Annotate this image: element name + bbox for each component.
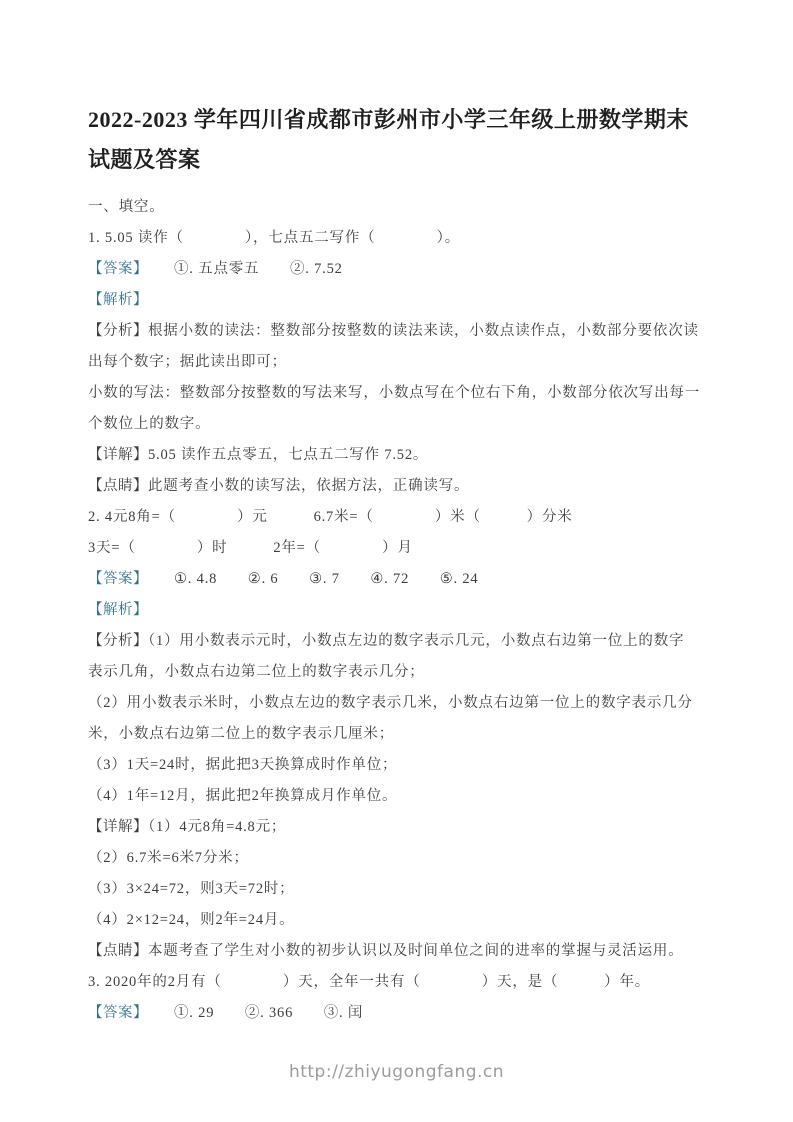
detail-2-line-3: （3）3×24=72，则3天=72时； [88,874,708,905]
line-text: 一、填空。 [88,199,165,215]
bracket-label-dark: 【详解】 [88,819,148,835]
bracket-label-dark: 【分析】 [88,633,148,649]
line-text: ①. 29 ②. 366 ③. 闰 [174,1005,363,1021]
answer-2: 【答案】①. 4.8 ②. 6 ③. 7 ④. 72 ⑤. 24 [88,564,708,595]
document-content: 2022-2023 学年四川省成都市彭州市小学三年级上册数学期末试题及答案 一、… [88,100,708,1029]
detail-1: 【详解】5.05 读作五点零五，七点五二写作 7.52。 [88,440,708,471]
note-2: 【点睛】本题考查了学生对小数的初步认识以及时间单位之间的进率的掌握与灵活运用。 [88,936,708,967]
bracket-label-blue: 【答案】 [88,261,148,277]
line-text: （4）1年=12月，据此把2年换算成月作单位。 [88,788,397,804]
analysis-1-line-3: 小数的写法：整数部分按整数的写法来写，小数点写在个位右下角，小数部分依次写出每一 [88,378,708,409]
line-text: 本题考查了学生对小数的初步认识以及时间单位之间的进率的掌握与灵活运用。 [148,943,684,959]
note-1: 【点睛】此题考查小数的读写法，依据方法，正确读写。 [88,471,708,502]
line-text: 个数位上的数字。 [88,416,210,432]
analysis-2-line-5: （3）1天=24时，据此把3天换算成时作单位； [88,750,708,781]
question-2-line-1: 2. 4元8角=（ ）元 6.7米=（ ）米（ ）分米 [88,502,708,533]
question-3: 3. 2020年的2月有（ ）天，全年一共有（ ）天，是（ ）年。 [88,967,708,998]
line-text: （2）6.7米=6米7分米； [88,850,249,866]
document-body: 一、填空。1. 5.05 读作（ ），七点五二写作（ ）。【答案】①. 五点零五… [88,192,708,1029]
line-text: （4）2×12=24，则2年=24月。 [88,912,294,928]
bracket-label-blue: 【解析】 [88,602,148,618]
bracket-label-blue: 【答案】 [88,571,148,587]
analysis-1-line-2: 出每个数字；据此读出即可； [88,347,708,378]
analysis-2-line-2: 表示几角，小数点右边第二位上的数字表示几分； [88,657,708,688]
analysis-header-1: 【解析】 [88,285,708,316]
answer-3: 【答案】①. 29 ②. 366 ③. 闰 [88,998,708,1029]
analysis-2-line-3: （2）用小数表示米时，小数点左边的数字表示几米，小数点右边第一位上的数字表示几分 [88,688,708,719]
line-text: 1. 5.05 读作（ ），七点五二写作（ ）。 [88,230,460,246]
line-text: （3）1天=24时，据此把3天换算成时作单位； [88,757,397,773]
line-text: 出每个数字；据此读出即可； [88,354,287,370]
line-text: （1）4元8角=4.8元； [148,819,286,835]
line-text: ①. 4.8 ②. 6 ③. 7 ④. 72 ⑤. 24 [174,571,478,587]
analysis-2-line-4: 米，小数点右边第二位上的数字表示几厘米； [88,719,708,750]
line-text: 2. 4元8角=（ ）元 6.7米=（ ）米（ ）分米 [88,509,573,525]
line-text: ①. 五点零五 ②. 7.52 [174,261,343,277]
line-text: （3）3×24=72，则3天=72时； [88,881,294,897]
line-text: 根据小数的读法：整数部分按整数的读法来读，小数点读作点，小数部分要依次读 [148,323,699,339]
analysis-1-line-1: 【分析】根据小数的读法：整数部分按整数的读法来读，小数点读作点，小数部分要依次读 [88,316,708,347]
line-text: （1）用小数表示元时，小数点左边的数字表示几元，小数点右边第一位上的数字 [148,633,684,649]
bracket-label-dark: 【分析】 [88,323,148,339]
analysis-2-line-6: （4）1年=12月，据此把2年换算成月作单位。 [88,781,708,812]
analysis-2-line-1: 【分析】（1）用小数表示元时，小数点左边的数字表示几元，小数点右边第一位上的数字 [88,626,708,657]
section-header: 一、填空。 [88,192,708,223]
line-text: 米，小数点右边第二位上的数字表示几厘米； [88,726,394,742]
line-text: 小数的写法：整数部分按整数的写法来写，小数点写在个位右下角，小数部分依次写出每一 [88,385,700,401]
bracket-label-blue: 【答案】 [88,1005,148,1021]
line-text: 5.05 读作五点零五，七点五二写作 7.52。 [148,447,428,463]
bracket-label-dark: 【点睛】 [88,478,148,494]
line-text: （2）用小数表示米时，小数点左边的数字表示几米，小数点右边第一位上的数字表示几分 [88,695,693,711]
exam-document-page: 2022-2023 学年四川省成都市彭州市小学三年级上册数学期末试题及答案 一、… [0,0,793,1122]
question-2-line-2: 3天=（ ）时 2年=（ ）月 [88,533,708,564]
line-text: 表示几角，小数点右边第二位上的数字表示几分； [88,664,425,680]
line-text: 此题考查小数的读写法，依据方法，正确读写。 [148,478,469,494]
bracket-label-dark: 【点睛】 [88,943,148,959]
bracket-label-dark: 【详解】 [88,447,148,463]
detail-2-line-1: 【详解】（1）4元8角=4.8元； [88,812,708,843]
line-text: 3. 2020年的2月有（ ）天，全年一共有（ ）天，是（ ）年。 [88,974,650,990]
analysis-1-line-4: 个数位上的数字。 [88,409,708,440]
detail-2-line-2: （2）6.7米=6米7分米； [88,843,708,874]
answer-1: 【答案】①. 五点零五 ②. 7.52 [88,254,708,285]
line-text: 3天=（ ）时 2年=（ ）月 [88,540,413,556]
question-1: 1. 5.05 读作（ ），七点五二写作（ ）。 [88,223,708,254]
analysis-header-2: 【解析】 [88,595,708,626]
bracket-label-blue: 【解析】 [88,292,148,308]
detail-2-line-4: （4）2×12=24，则2年=24月。 [88,905,708,936]
document-title: 2022-2023 学年四川省成都市彭州市小学三年级上册数学期末试题及答案 [88,100,708,180]
watermark-url: http://zhiyugongfang.cn [0,1062,793,1082]
